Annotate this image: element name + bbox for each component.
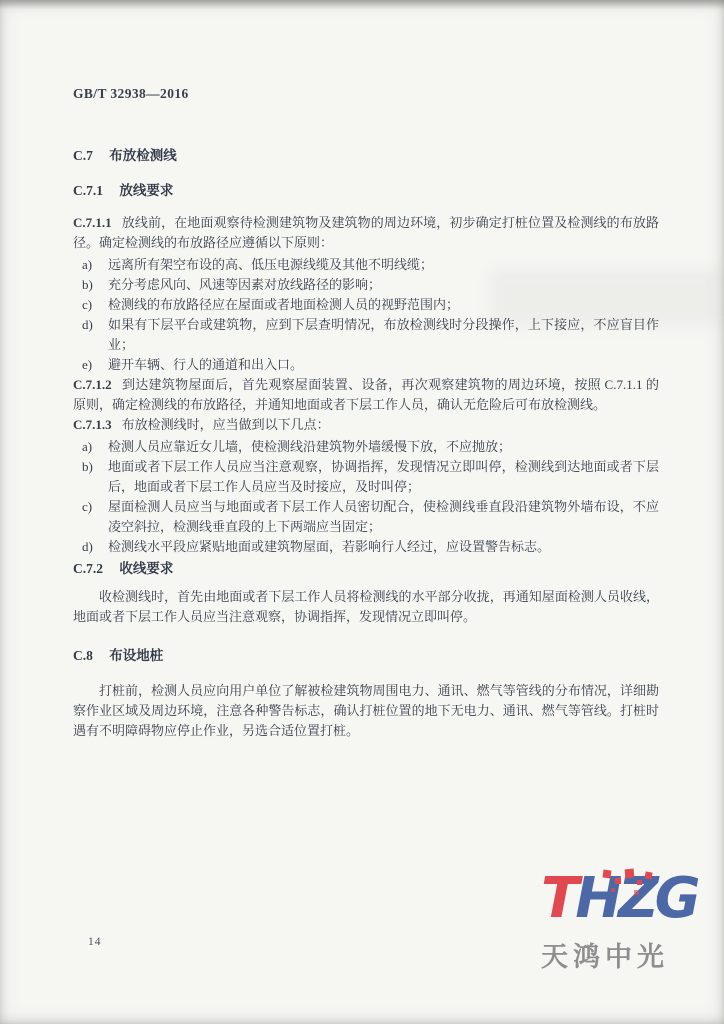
list-item-text: 远离所有架空布设的高、低压电源线缆及其他不明线缆； [108, 255, 659, 275]
list-item-text: 屋面检测人员应当与地面或者下层工作人员密切配合，使检测线垂直段沿建筑物外墙布设，… [108, 497, 659, 537]
list-item: b) 地面或者下层工作人员应当注意观察，协调指挥，发现情况立即叫停，检测线到达地… [73, 457, 659, 497]
section-title: 布放检测线 [109, 148, 177, 163]
list-item: c) 屋面检测人员应当与地面或者下层工作人员密切配合，使检测线垂直段沿建筑物外墙… [73, 497, 659, 537]
logo-letter-red: T [541, 866, 575, 931]
section-number: C.7 [73, 148, 93, 163]
list-marker: d) [82, 537, 108, 557]
list-item: d) 如果有下层平台或建筑物，应到下层查明情况，布放检测线时分段操作，上下接应，… [73, 315, 659, 355]
logo-pixel-icon [611, 888, 615, 892]
list-item: a) 远离所有架空布设的高、低压电源线缆及其他不明线缆； [73, 255, 659, 275]
list-item: e) 避开车辆、行人的通道和出入口。 [73, 355, 659, 375]
logo-pixel-icon [615, 878, 621, 884]
document-body: GB/T 32938—2016 C.7 布放检测线 C.7.1 放线要求 C.7… [73, 0, 659, 741]
logo-pixel-icon [637, 880, 642, 885]
clause-number: C.7.1.3 [73, 417, 112, 432]
list-item-text: 检测线水平段应紧贴地面或建筑物屋面，若影响行人经过，应设置警告标志。 [108, 537, 659, 557]
section-title: 收线要求 [119, 561, 173, 576]
clause-text: 放线前，在地面观察待检测建筑物及建筑物的周边环境，初步确定打桩位置及检测线的布放… [73, 215, 659, 250]
section-heading-c8: C.8 布设地桩 [73, 646, 659, 666]
section-title: 放线要求 [119, 183, 173, 198]
list-marker: a) [82, 437, 108, 457]
logo-pixel-icon [634, 890, 639, 895]
list-marker: c) [82, 497, 108, 537]
standard-code: GB/T 32938—2016 [73, 0, 659, 104]
list-marker: a) [82, 255, 108, 275]
list-item-text: 检测线的布放路径应在屋面或者地面检测人员的视野范围内； [108, 295, 659, 315]
section-heading-c71: C.7.1 放线要求 [73, 181, 659, 201]
list-marker: d) [82, 315, 108, 355]
logo-pixel-icon [602, 869, 611, 878]
scanned-document-page: GB/T 32938—2016 C.7 布放检测线 C.7.1 放线要求 C.7… [0, 0, 724, 1024]
clause-c8-body: 打桩前，检测人员应向用户单位了解被检建筑物周围电力、通讯、燃气等管线的分布情况，… [73, 681, 659, 741]
list-item-text: 检测人员应靠近女儿墙，使检测线沿建筑物外墙缓慢下放，不应抛放； [108, 437, 659, 457]
list-item-text: 如果有下层平台或建筑物，应到下层查明情况，布放检测线时分段操作，上下接应，不应盲… [108, 315, 659, 355]
list-item-text: 地面或者下层工作人员应当注意观察，协调指挥，发现情况立即叫停，检测线到达地面或者… [108, 457, 659, 497]
section-number: C.7.1 [73, 183, 103, 198]
page-number: 14 [88, 936, 102, 948]
logo-letters-blue: HZG [575, 866, 696, 931]
section-title: 布设地桩 [109, 648, 163, 663]
list-item: b) 充分考虑风向、风速等因素对放线路径的影响； [73, 275, 659, 295]
list-item-text: 避开车辆、行人的通道和出入口。 [108, 355, 659, 375]
clause-c713-list: a) 检测人员应靠近女儿墙，使检测线沿建筑物外墙缓慢下放，不应抛放； b) 地面… [73, 437, 659, 557]
clause-c713: C.7.1.3布放检测线时，应当做到以下几点： [73, 415, 659, 435]
clause-c712: C.7.1.2到达建筑物屋面后，首先观察屋面装置、设备，再次观察建筑物的周边环境… [73, 375, 659, 415]
clause-text: 到达建筑物屋面后，首先观察屋面装置、设备，再次观察建筑物的周边环境，按照 C.7… [73, 377, 659, 412]
clause-number: C.7.1.1 [73, 215, 112, 230]
list-marker: c) [82, 295, 108, 315]
logo-pixel-icon [625, 869, 635, 879]
company-logo: THZG 天鸿中光 [541, 868, 691, 974]
list-marker: b) [82, 457, 108, 497]
clause-number: C.7.1.2 [73, 377, 112, 392]
list-marker: b) [82, 275, 108, 295]
clause-c711: C.7.1.1放线前，在地面观察待检测建筑物及建筑物的周边环境，初步确定打桩位置… [73, 213, 659, 253]
section-number: C.7.2 [73, 561, 103, 576]
logo-company-name: 天鸿中光 [541, 935, 691, 974]
list-marker: e) [82, 355, 108, 375]
logo-wordmark: THZG [541, 868, 691, 930]
clause-text: 布放检测线时，应当做到以下几点： [122, 417, 330, 432]
section-number: C.8 [73, 648, 93, 663]
clause-c711-list: a) 远离所有架空布设的高、低压电源线缆及其他不明线缆； b) 充分考虑风向、风… [73, 255, 659, 375]
list-item: d) 检测线水平段应紧贴地面或建筑物屋面，若影响行人经过，应设置警告标志。 [73, 537, 659, 557]
logo-pixel-icon [644, 871, 652, 879]
list-item: c) 检测线的布放路径应在屋面或者地面检测人员的视野范围内； [73, 295, 659, 315]
list-item: a) 检测人员应靠近女儿墙，使检测线沿建筑物外墙缓慢下放，不应抛放； [73, 437, 659, 457]
clause-c72-body: 收检测线时，首先由地面或者下层工作人员将检测线的水平部分收拢，再通知屋面检测人员… [73, 587, 659, 627]
list-item-text: 充分考虑风向、风速等因素对放线路径的影响； [108, 275, 659, 295]
section-heading-c7: C.7 布放检测线 [73, 146, 659, 166]
section-heading-c72: C.7.2 收线要求 [73, 559, 659, 579]
